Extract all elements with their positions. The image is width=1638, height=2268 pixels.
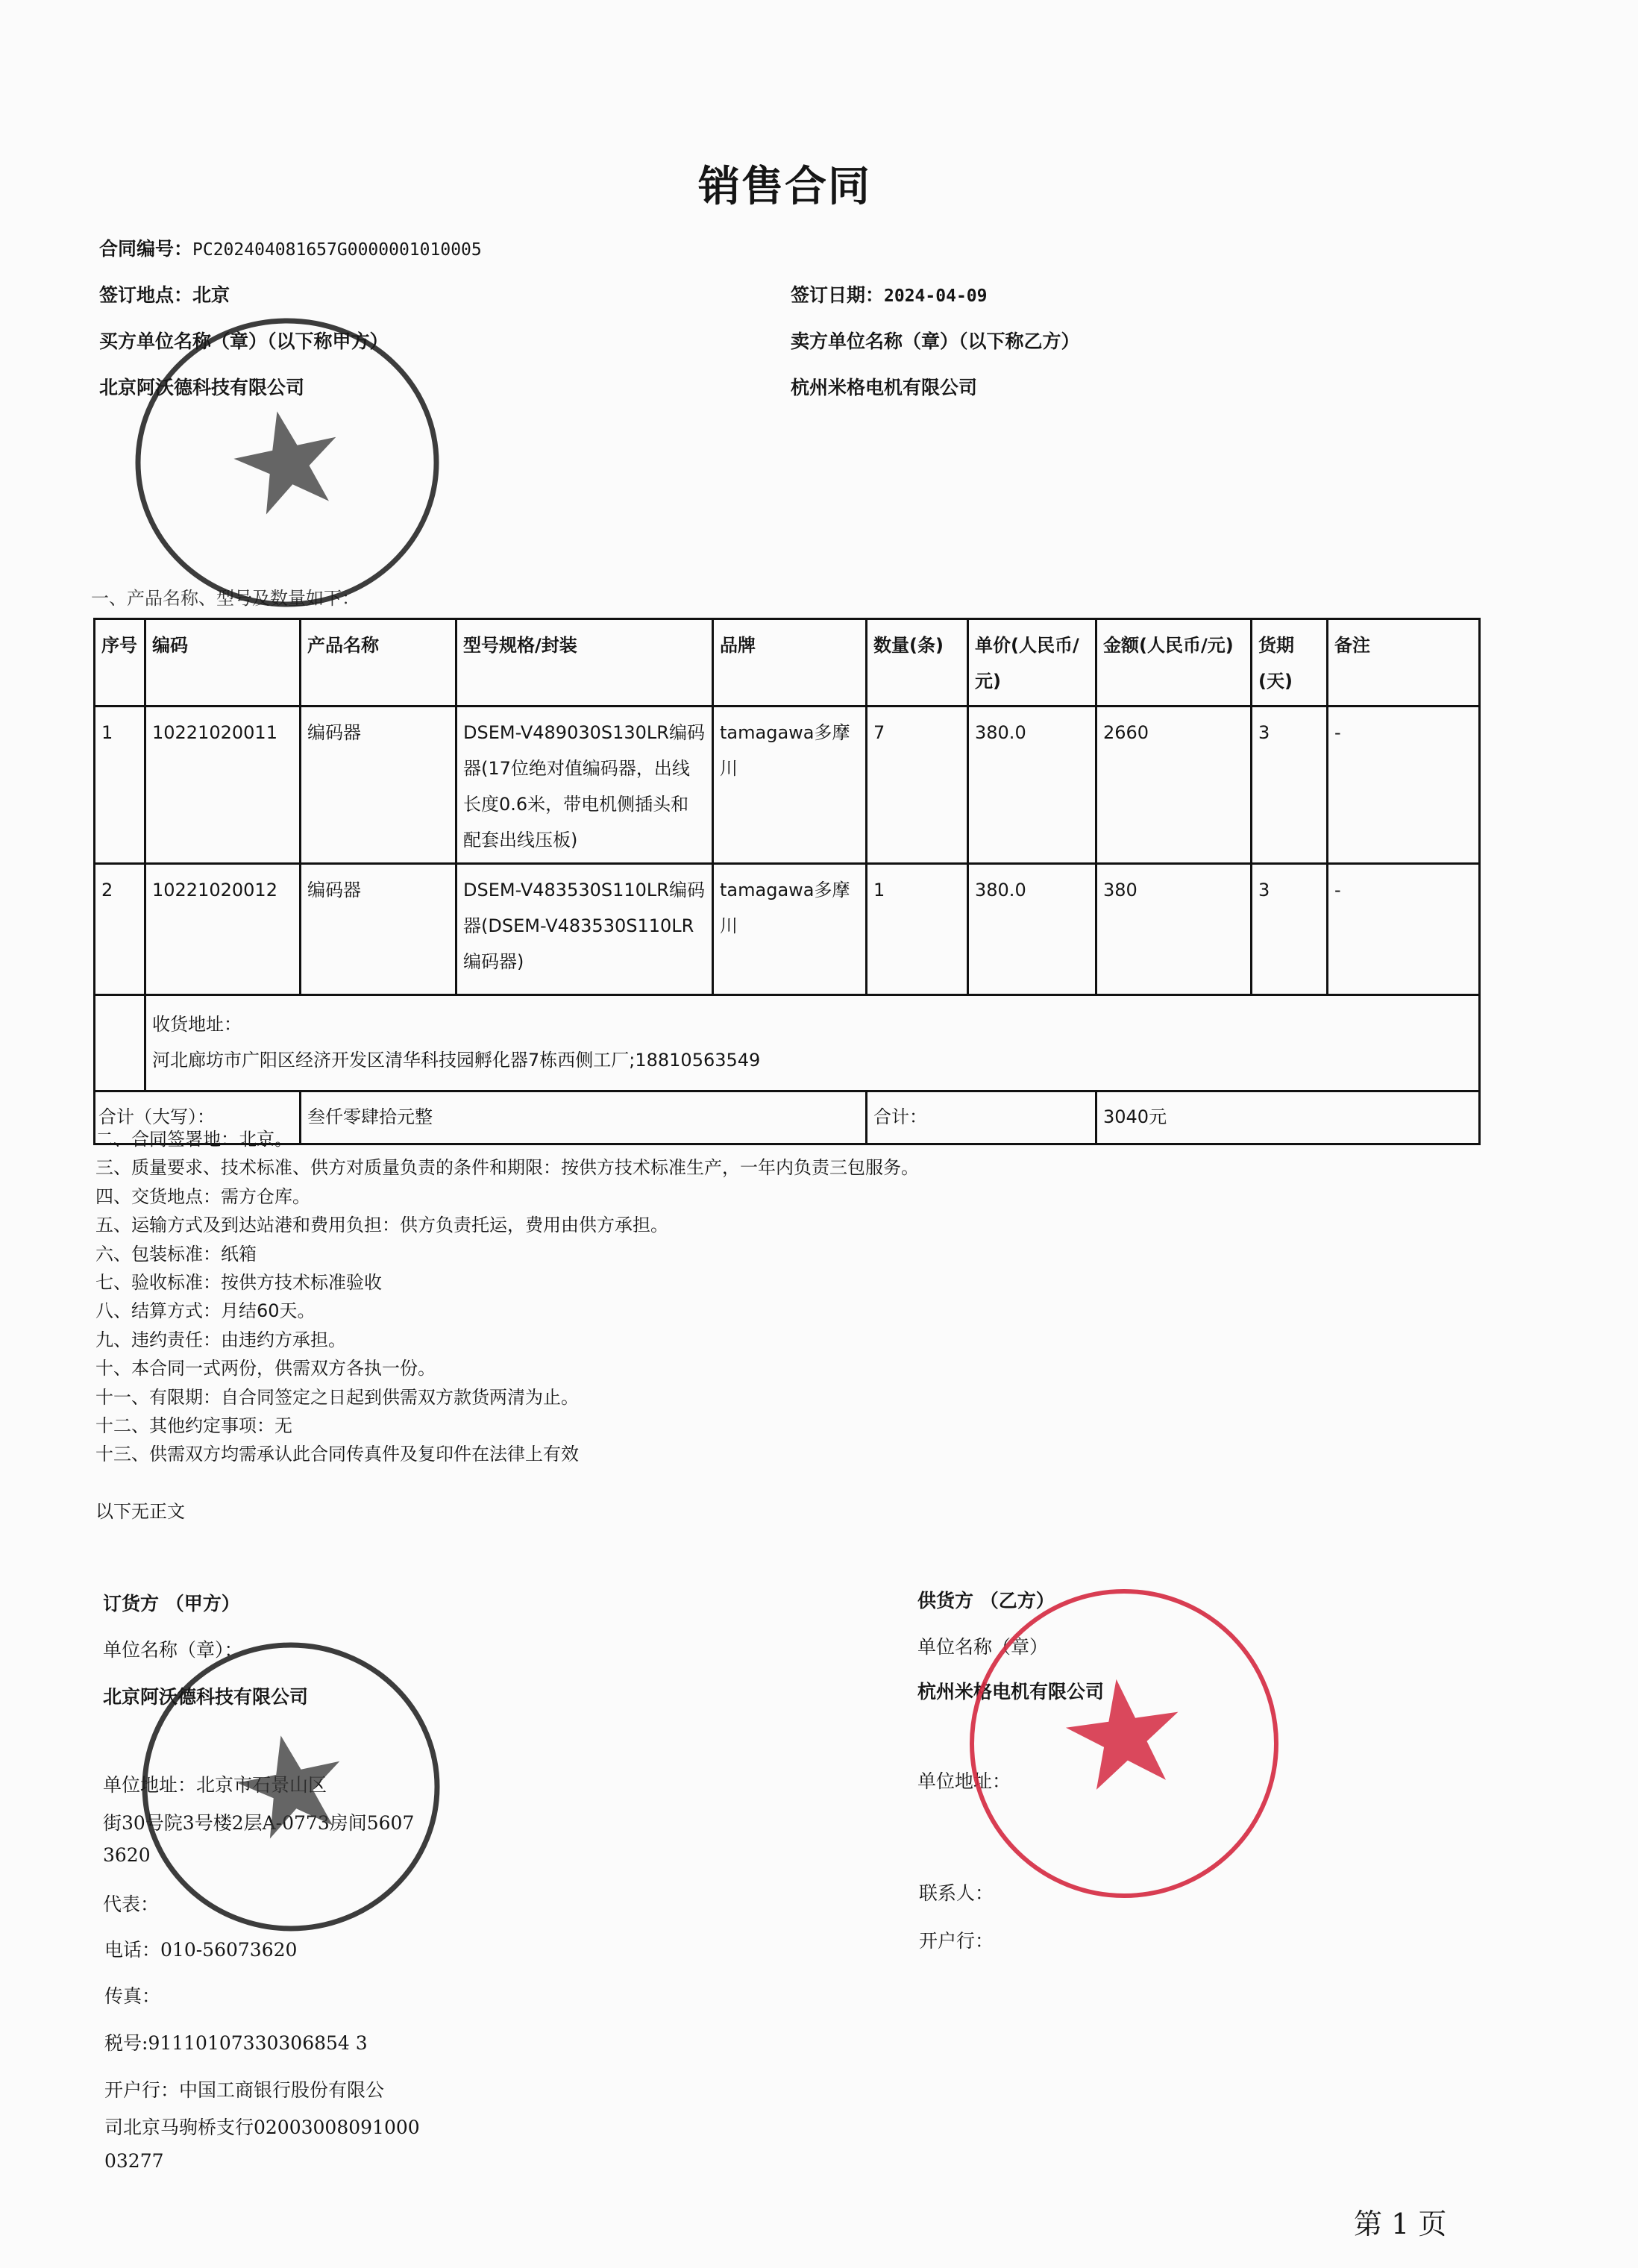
cell-code: 10221020011 [145, 707, 301, 864]
cell-no: 1 [95, 707, 145, 864]
col-header-remark: 备注 [1328, 619, 1480, 707]
cell-remark: - [1328, 707, 1480, 864]
cell-code: 10221020012 [145, 864, 301, 995]
table-row: 1 10221020011 编码器 DSEM-V489030S130LR编码器(… [95, 707, 1480, 864]
cell-unit-price: 380.0 [968, 864, 1096, 995]
contract-number: 合同编号：PC202404081657G0000001010005 [99, 234, 482, 261]
cell-spec: DSEM-V483530S110LR编码器(DSEM-V483530S110LR… [456, 864, 713, 995]
buyer-label: 买方单位名称（章）（以下称甲方） [99, 327, 389, 354]
buyer-address: 单位地址：北京市石景山区 [103, 1770, 327, 1797]
delivery-address-row: 收货地址： 河北廊坊市广阳区经济开发区清华科技园孵化器7栋西侧工厂;188105… [95, 995, 1480, 1091]
buyer-seal-top [131, 313, 444, 612]
cell-remark: - [1328, 864, 1480, 995]
seller-label: 卖方单位名称（章）（以下称乙方） [791, 327, 1080, 354]
clause-item: 九、违约责任：由违约方承担。 [95, 1326, 919, 1354]
buyer-address-line3: 3620 [103, 1844, 151, 1866]
buyer-bank: 开户行：中国工商银行股份有限公 [104, 2076, 384, 2102]
buyer-unit-name: 北京阿沃德科技有限公司 [103, 1682, 308, 1709]
col-header-lead-time: 货期(天) [1252, 619, 1328, 707]
col-header-unit-price: 单价(人民币/元) [968, 619, 1096, 707]
page-number: 第 1 页 [1354, 2201, 1446, 2242]
seal-icon [131, 313, 444, 612]
buyer-block-title: 订货方 （甲方） [103, 1589, 240, 1616]
cell-no: 2 [95, 864, 145, 995]
cell-qty: 1 [867, 864, 968, 995]
buyer-address-line2: 街30号院3号楼2层A-0773房间5607 [103, 1808, 414, 1835]
buyer-bank-line2: 司北京马驹桥支行02003008091000 [104, 2113, 420, 2140]
clause-item: 四、交货地点：需方仓库。 [95, 1182, 919, 1211]
sign-date-label: 签订日期： [791, 284, 884, 306]
buyer-phone-value: 010-56073620 [160, 1939, 297, 1961]
col-header-qty: 数量(条) [867, 619, 968, 707]
clause-item: 十一、有限期：自合同签定之日起到供需双方款货两清为止。 [95, 1383, 919, 1412]
col-header-amount: 金额(人民币/元) [1096, 619, 1252, 707]
end-note: 以下无正文 [95, 1497, 919, 1526]
col-header-spec: 型号规格/封装 [456, 619, 713, 707]
clause-item: 十二、其他约定事项：无 [95, 1412, 919, 1440]
clause-item: 二、合同签署地：北京。 [95, 1125, 919, 1153]
clause-item: 十三、供需双方均需承认此合同传真件及复印件在法律上有效 [95, 1440, 919, 1468]
sign-place-value: 北京 [192, 284, 230, 306]
contract-number-value: PC202404081657G0000001010005 [192, 240, 482, 260]
cell-lead-time: 3 [1252, 864, 1328, 995]
clause-item: 六、包装标准：纸箱 [95, 1240, 919, 1268]
buyer-name: 北京阿沃德科技有限公司 [99, 373, 304, 400]
products-table: 序号 编码 产品名称 型号规格/封装 品牌 数量(条) 单价(人民币/元) 金额… [93, 618, 1481, 1145]
contract-number-label: 合同编号： [99, 238, 192, 260]
buyer-bank-label: 开户行： [104, 2079, 179, 2101]
cell-qty: 7 [867, 707, 968, 864]
cell-amount: 380 [1096, 864, 1252, 995]
cell-amount: 2660 [1096, 707, 1252, 864]
seller-contact-label: 联系人： [919, 1879, 994, 1905]
table-header-row: 序号 编码 产品名称 型号规格/封装 品牌 数量(条) 单价(人民币/元) 金额… [95, 619, 1480, 707]
buyer-tax-value: 91110107330306854 3 [148, 2032, 367, 2054]
delivery-address-value: 河北廊坊市广阳区经济开发区清华科技园孵化器7栋西侧工厂;18810563549 [152, 1042, 1472, 1078]
total-value: 3040元 [1096, 1091, 1480, 1144]
contract-clauses: 二、合同签署地：北京。 三、质量要求、技术标准、供方对质量负责的条件和期限：按供… [95, 1125, 919, 1526]
clause-item: 三、质量要求、技术标准、供方对质量负责的条件和期限：按供方技术标准生产，一年内负… [95, 1153, 919, 1182]
buyer-address-label: 单位地址： [103, 1774, 196, 1796]
sign-place-label: 签订地点： [99, 284, 192, 306]
cell-unit-price: 380.0 [968, 707, 1096, 864]
col-header-code: 编码 [145, 619, 301, 707]
clause-item: 八、结算方式：月结60天。 [95, 1297, 919, 1325]
table-row: 2 10221020012 编码器 DSEM-V483530S110LR编码器(… [95, 864, 1480, 995]
buyer-bank-line3: 03277 [104, 2150, 164, 2172]
seller-unit-name-label: 单位名称（章） [917, 1632, 1048, 1659]
clause-item: 五、运输方式及到达站港和费用负担：供方负责托运，费用由供方承担。 [95, 1211, 919, 1239]
buyer-address-line1: 北京市石景山区 [196, 1774, 327, 1796]
seller-address-label: 单位地址： [917, 1767, 1011, 1794]
sign-date-value: 2024-04-09 [884, 286, 987, 306]
buyer-tax: 税号:91110107330306854 3 [104, 2029, 368, 2055]
address-blank-cell [95, 995, 145, 1091]
buyer-fax-label: 传真： [104, 1982, 160, 2008]
buyer-phone-label: 电话： [104, 1939, 160, 1961]
buyer-tax-label: 税号: [104, 2032, 148, 2054]
col-header-product-name: 产品名称 [301, 619, 456, 707]
clause-item: 七、验收标准：按供方技术标准验收 [95, 1268, 919, 1297]
cell-product-name: 编码器 [301, 864, 456, 995]
sign-place: 签订地点：北京 [99, 281, 230, 307]
clause-item: 十、本合同一式两份，供需双方各执一份。 [95, 1354, 919, 1382]
buyer-phone: 电话：010-56073620 [104, 1935, 297, 1962]
seller-bank-label: 开户行： [919, 1926, 994, 1953]
buyer-representative-label: 代表： [103, 1890, 159, 1917]
sign-date: 签订日期：2024-04-09 [791, 281, 988, 307]
cell-lead-time: 3 [1252, 707, 1328, 864]
seller-name: 杭州米格电机有限公司 [791, 373, 977, 400]
cell-product-name: 编码器 [301, 707, 456, 864]
document-title: 销售合同 [0, 154, 1569, 213]
section-products-title: 一、产品名称、型号及数量如下： [91, 583, 360, 610]
seller-unit-name: 杭州米格电机有限公司 [917, 1677, 1104, 1704]
cell-spec: DSEM-V489030S130LR编码器(17位绝对值编码器，出线长度0.6米… [456, 707, 713, 864]
cell-brand: tamagawa多摩川 [713, 707, 867, 864]
seller-block-title: 供货方 （乙方） [917, 1586, 1055, 1613]
buyer-bank-line1: 中国工商银行股份有限公 [179, 2079, 384, 2101]
delivery-address-label: 收货地址： [152, 1006, 1472, 1042]
cell-brand: tamagawa多摩川 [713, 864, 867, 995]
col-header-brand: 品牌 [713, 619, 867, 707]
col-header-no: 序号 [95, 619, 145, 707]
buyer-unit-name-label: 单位名称（章）： [103, 1635, 243, 1662]
delivery-address-cell: 收货地址： 河北廊坊市广阳区经济开发区清华科技园孵化器7栋西侧工厂;188105… [145, 995, 1480, 1091]
